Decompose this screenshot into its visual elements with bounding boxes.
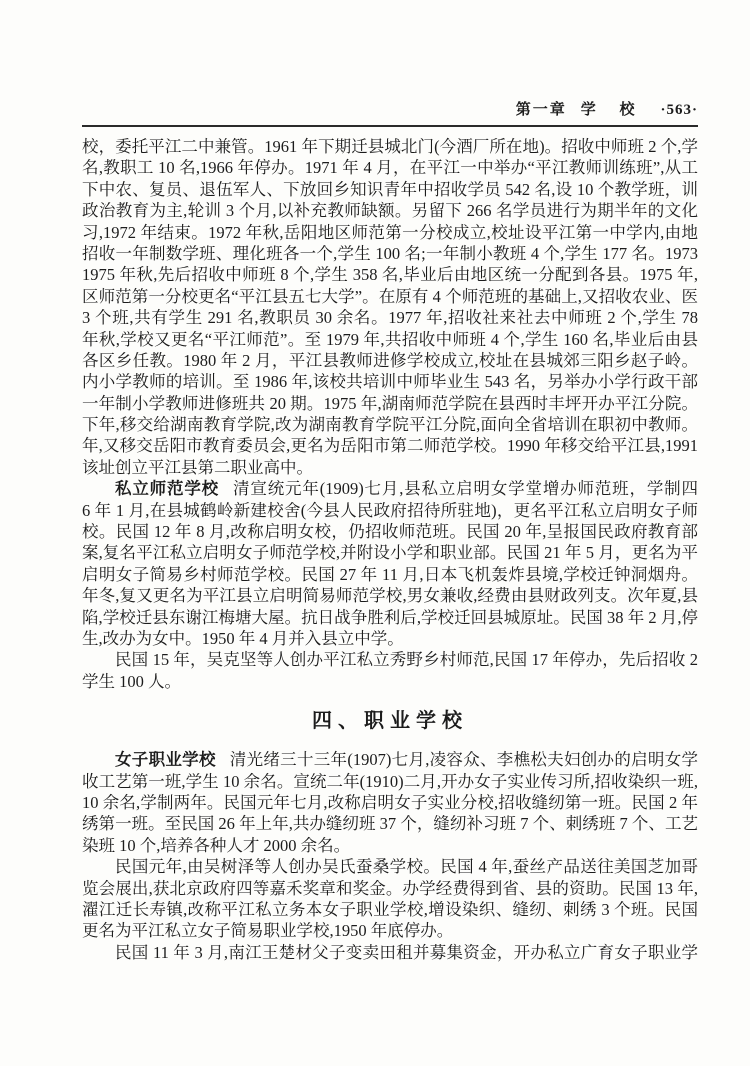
text-line: 民国 15 年，吴克坚等人创办平江私立秀野乡村师范,民国 17 年停办，先后招收… bbox=[82, 649, 698, 670]
text-line: 览会展出,获北京政府四等嘉禾奖章和奖金。办学经费得到省、县的资助。民国 13 年… bbox=[82, 878, 698, 899]
text-line: 名,教职工 10 名,1966 年停办。1971 年 4 月，在平江一中举办“平… bbox=[82, 157, 698, 178]
section-heading: 四、职业学校 bbox=[82, 707, 698, 735]
text-line: 濯江迁长寿镇,改称平江私立务本女子职业学校,增设染织、缝纫、刺绣 3 个班。民国… bbox=[82, 899, 698, 920]
scanned-book-page: 第一章学 校·563· 校，委托平江二中兼管。1961 年下期迁县城北门(今酒厂… bbox=[0, 0, 750, 1066]
text-line: 更名为平江私立女子简易职业学校,1950 年底停办。 bbox=[82, 920, 698, 941]
paragraph-lead: 女子职业学校 bbox=[115, 751, 216, 769]
text-line: 收工艺第一班,学生 10 余名。宣统二年(1910)二月,开办女子实业传习所,招… bbox=[82, 771, 698, 792]
chapter-label: 第一章 bbox=[516, 102, 567, 118]
text-line: 陷,学校迁县东谢江梅塘大屋。抗日战争胜利后,学校迁回县城原址。民国 38 年 2… bbox=[82, 607, 698, 628]
paragraph-private-normal-school: 私立师范学校清宣统元年(1909)七月,县私立启明女学堂增办师范班，学制四年。民… bbox=[82, 478, 698, 649]
text-line: 私立师范学校清宣统元年(1909)七月,县私立启明女学堂增办师范班，学制四年。民… bbox=[82, 478, 698, 499]
text-line: 一年制小学教师进修班共 20 期。1975 年,湖南师范学院在县西时丰坪开办平江… bbox=[82, 393, 698, 414]
text-line: 校，委托平江二中兼管。1961 年下期迁县城北门(今酒厂所在地)。招收中师班 2… bbox=[82, 136, 698, 157]
text-line: 案,复名平江私立启明女子师范学校,并附设小学和职业部。民国 21 年 5 月，更… bbox=[82, 542, 698, 563]
text-line: 3 个班,共有学生 291 名,教职员 30 余名。1977 年,招收社来社去中… bbox=[82, 307, 698, 328]
paragraph-xiuye-rural-normal: 民国 15 年，吴克坚等人创办平江私立秀野乡村师范,民国 17 年停办，先后招收… bbox=[82, 649, 698, 692]
text-line: 染班 10 个,培养各种人才 2000 余名。 bbox=[82, 835, 698, 856]
text-line: 校。民国 12 年 8 月,改称启明女校，仍招收师范班。民国 20 年,呈报国民… bbox=[82, 521, 698, 542]
text-line: 民国 11 年 3 月,南江王楚材父子变卖田租并募集资金，开办私立广育女子职业学… bbox=[82, 942, 698, 963]
paragraph-continuation: 校，委托平江二中兼管。1961 年下期迁县城北门(今酒厂所在地)。招收中师班 2… bbox=[82, 136, 698, 478]
text-line: 10 余名,学制两年。民国元年七月,改称启明女子实业分校,招收缝纫第一班。民国 … bbox=[82, 792, 698, 813]
text-line: 年秋,学校又更名“平江师范”。至 1979 年,共招收中师班 4 个,学生 16… bbox=[82, 329, 698, 350]
text-column: 第一章学 校·563· 校，委托平江二中兼管。1961 年下期迁县城北门(今酒厂… bbox=[82, 0, 698, 963]
text-line: 民国元年,由吴树泽等人创办吴氏蚕桑学校。民国 4 年,蚕丝产品送往美国芝加哥世界… bbox=[82, 856, 698, 877]
running-header: 第一章学 校·563· bbox=[82, 100, 698, 120]
paragraph-guangyu-womens-vocational: 民国 11 年 3 月,南江王楚材父子变卖田租并募集资金，开办私立广育女子职业学… bbox=[82, 942, 698, 963]
text-line: 习,1972 年结束。1972 年秋,岳阳地区师范第一分校成立,校址设平江第一中… bbox=[82, 222, 698, 243]
text-line: 年,又移交岳阳市教育委员会,更名为岳阳市第二师范学校。1990 年移交给平江县,… bbox=[82, 435, 698, 456]
text-line: 该址创立平江县第二职业高中。 bbox=[82, 457, 698, 478]
text-line: 下年,移交给湖南教育学院,改为湖南教育学院平江分院,面向全省培训在职初中教师。1… bbox=[82, 414, 698, 435]
header-rule bbox=[82, 125, 698, 127]
paragraph-womens-vocational-school: 女子职业学校清光绪三十三年(1907)七月,凌容众、李樵松夫妇创办的启明女学堂,… bbox=[82, 749, 698, 856]
text-line: 招收一年制数学班、理化班各一个,学生 100 名;一年制小教班 4 个,学生 1… bbox=[82, 243, 698, 264]
section-label: 学 校 bbox=[581, 102, 645, 118]
text-line: 生,改办为女中。1950 年 4 月并入县立中学。 bbox=[82, 628, 698, 649]
text-line: 区师范第一分校更名“平江县五七大学”。在原有 4 个师范班的基础上,又招收农业、… bbox=[82, 286, 698, 307]
text-line: 政治教育为主,轮训 3 个月,以补充教师缺额。另留下 266 名学员进行为期半年… bbox=[82, 200, 698, 221]
text-line: 启明女子简易乡村师范学校。民国 27 年 11 月,日本飞机轰炸县境,学校迁钟洞… bbox=[82, 564, 698, 585]
text-line: 内小学教师的培训。至 1986 年,该校共培训中师毕业生 543 名，另举办小学… bbox=[82, 371, 698, 392]
paragraph-sericulture-school: 民国元年,由吴树泽等人创办吴氏蚕桑学校。民国 4 年,蚕丝产品送往美国芝加哥世界… bbox=[82, 856, 698, 942]
text-line: 女子职业学校清光绪三十三年(1907)七月,凌容众、李樵松夫妇创办的启明女学堂,… bbox=[82, 749, 698, 770]
page-number: ·563· bbox=[660, 102, 698, 118]
text-line: 下中农、复员、退伍军人、下放回乡知识青年中招收学员 542 名,设 10 个教学… bbox=[82, 179, 698, 200]
text-line: 各区乡任教。1980 年 2 月，平江县教师进修学校成立,校址在县城郊三阳乡赵子… bbox=[82, 350, 698, 371]
text-line: 学生 100 人。 bbox=[82, 671, 698, 692]
text-line: 6 年 1 月,在县城鹤岭新建校舍(今县人民政府招待所驻地)，更名平江私立启明女… bbox=[82, 500, 698, 521]
paragraph-lead: 私立师范学校 bbox=[115, 480, 219, 498]
text-line: 1975 年秋,先后招收中师班 8 个,学生 358 名,毕业后由地区统一分配到… bbox=[82, 264, 698, 285]
text-line: 绣第一班。至民国 26 年上年,共办缝纫班 37 个，缝纫补习班 7 个、刺绣班… bbox=[82, 813, 698, 834]
text-line: 年冬,复又更名为平江县立启明简易师范学校,男女兼收,经费由县财政列支。次年夏,县… bbox=[82, 585, 698, 606]
body-text: 校，委托平江二中兼管。1961 年下期迁县城北门(今酒厂所在地)。招收中师班 2… bbox=[82, 136, 698, 963]
